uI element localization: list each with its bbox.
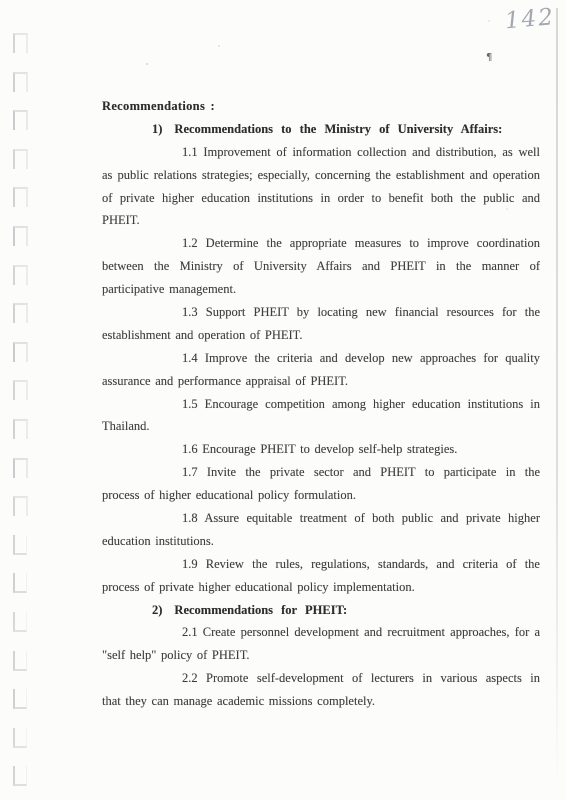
- pilcrow-mark-icon: ¶: [486, 52, 492, 63]
- binding-mark: [13, 380, 28, 400]
- paragraph-line: 1.3 Support PHEIT by locating new financ…: [102, 301, 540, 324]
- binding-mark: [13, 458, 28, 478]
- subheading: 1)Recommendations to the Ministry of Uni…: [102, 118, 540, 141]
- subheading: 2)Recommendations for PHEIT:: [102, 599, 540, 622]
- paragraph-line: 1.1 Improvement of information collectio…: [102, 141, 540, 164]
- paragraph-line: 1.9 Review the rules, regulations, stand…: [102, 553, 540, 576]
- binding-mark: [13, 651, 27, 671]
- heading: Recommendations :: [102, 95, 540, 118]
- binding-mark: [13, 689, 27, 709]
- paragraph-line: "self help" policy of PHEIT.: [102, 644, 540, 667]
- binding-mark: [13, 766, 27, 786]
- binding-mark: [13, 226, 28, 246]
- paragraph-line: 2.2 Promote self-development of lecturer…: [102, 667, 540, 690]
- paragraph-line: process of higher educational policy for…: [102, 484, 540, 507]
- binding-mark: [13, 612, 27, 632]
- subheading-label: 1): [152, 122, 162, 136]
- binding-mark: [13, 342, 28, 362]
- document-body: Recommendations :1)Recommendations to th…: [102, 95, 540, 713]
- binding-mark: [13, 573, 27, 593]
- paragraph-line: Thailand.: [102, 415, 540, 438]
- scanned-document-page: 142 ¶ Recommendations :1)Recommendations…: [0, 0, 566, 800]
- binding-mark: [13, 496, 28, 516]
- paragraph-line: assurance and performance appraisal of P…: [102, 370, 540, 393]
- binding-mark: [13, 72, 28, 92]
- binding-mark: [13, 265, 28, 285]
- binding-mark: [13, 535, 27, 555]
- paragraph-line: between the Ministry of University Affai…: [102, 255, 540, 278]
- binding-mark: [13, 419, 28, 439]
- paragraph-line: of private higher education institutions…: [102, 187, 540, 210]
- paragraph-line: 2.1 Create personnel development and rec…: [102, 621, 540, 644]
- subheading-text: Recommendations for PHEIT:: [174, 603, 347, 617]
- paragraph-line: 1.5 Encourage competition among higher e…: [102, 393, 540, 416]
- paragraph-line: 1.4 Improve the criteria and develop new…: [102, 347, 540, 370]
- binding-mark: [13, 149, 28, 169]
- handwritten-page-number: 142: [504, 4, 561, 35]
- binding-mark: [13, 187, 28, 207]
- paragraph-line: education institutions.: [102, 530, 540, 553]
- paragraph-line: as public relations strategies; especial…: [102, 164, 540, 187]
- paragraph-line: 1.2 Determine the appropriate measures t…: [102, 232, 540, 255]
- paragraph-line: 1.8 Assure equitable treatment of both p…: [102, 507, 540, 530]
- paragraph-line: 1.6 Encourage PHEIT to develop self-help…: [102, 438, 540, 461]
- subheading-text: Recommendations to the Ministry of Unive…: [174, 122, 502, 136]
- binding-mark: [13, 728, 27, 748]
- paragraph-line: 1.7 Invite the private sector and PHEIT …: [102, 461, 540, 484]
- paragraph-line: process of private higher educational po…: [102, 576, 540, 599]
- page-edge-shadow: [556, 8, 558, 788]
- paragraph-line: participative management.: [102, 278, 540, 301]
- paragraph-line: establishment and operation of PHEIT.: [102, 324, 540, 347]
- paragraph-line: that they can manage academic missions c…: [102, 690, 540, 713]
- paragraph-line: PHEIT.: [102, 209, 540, 232]
- binding-mark: [13, 33, 28, 53]
- binding-mark: [13, 110, 28, 130]
- binding-mark: [13, 303, 28, 323]
- subheading-label: 2): [152, 603, 162, 617]
